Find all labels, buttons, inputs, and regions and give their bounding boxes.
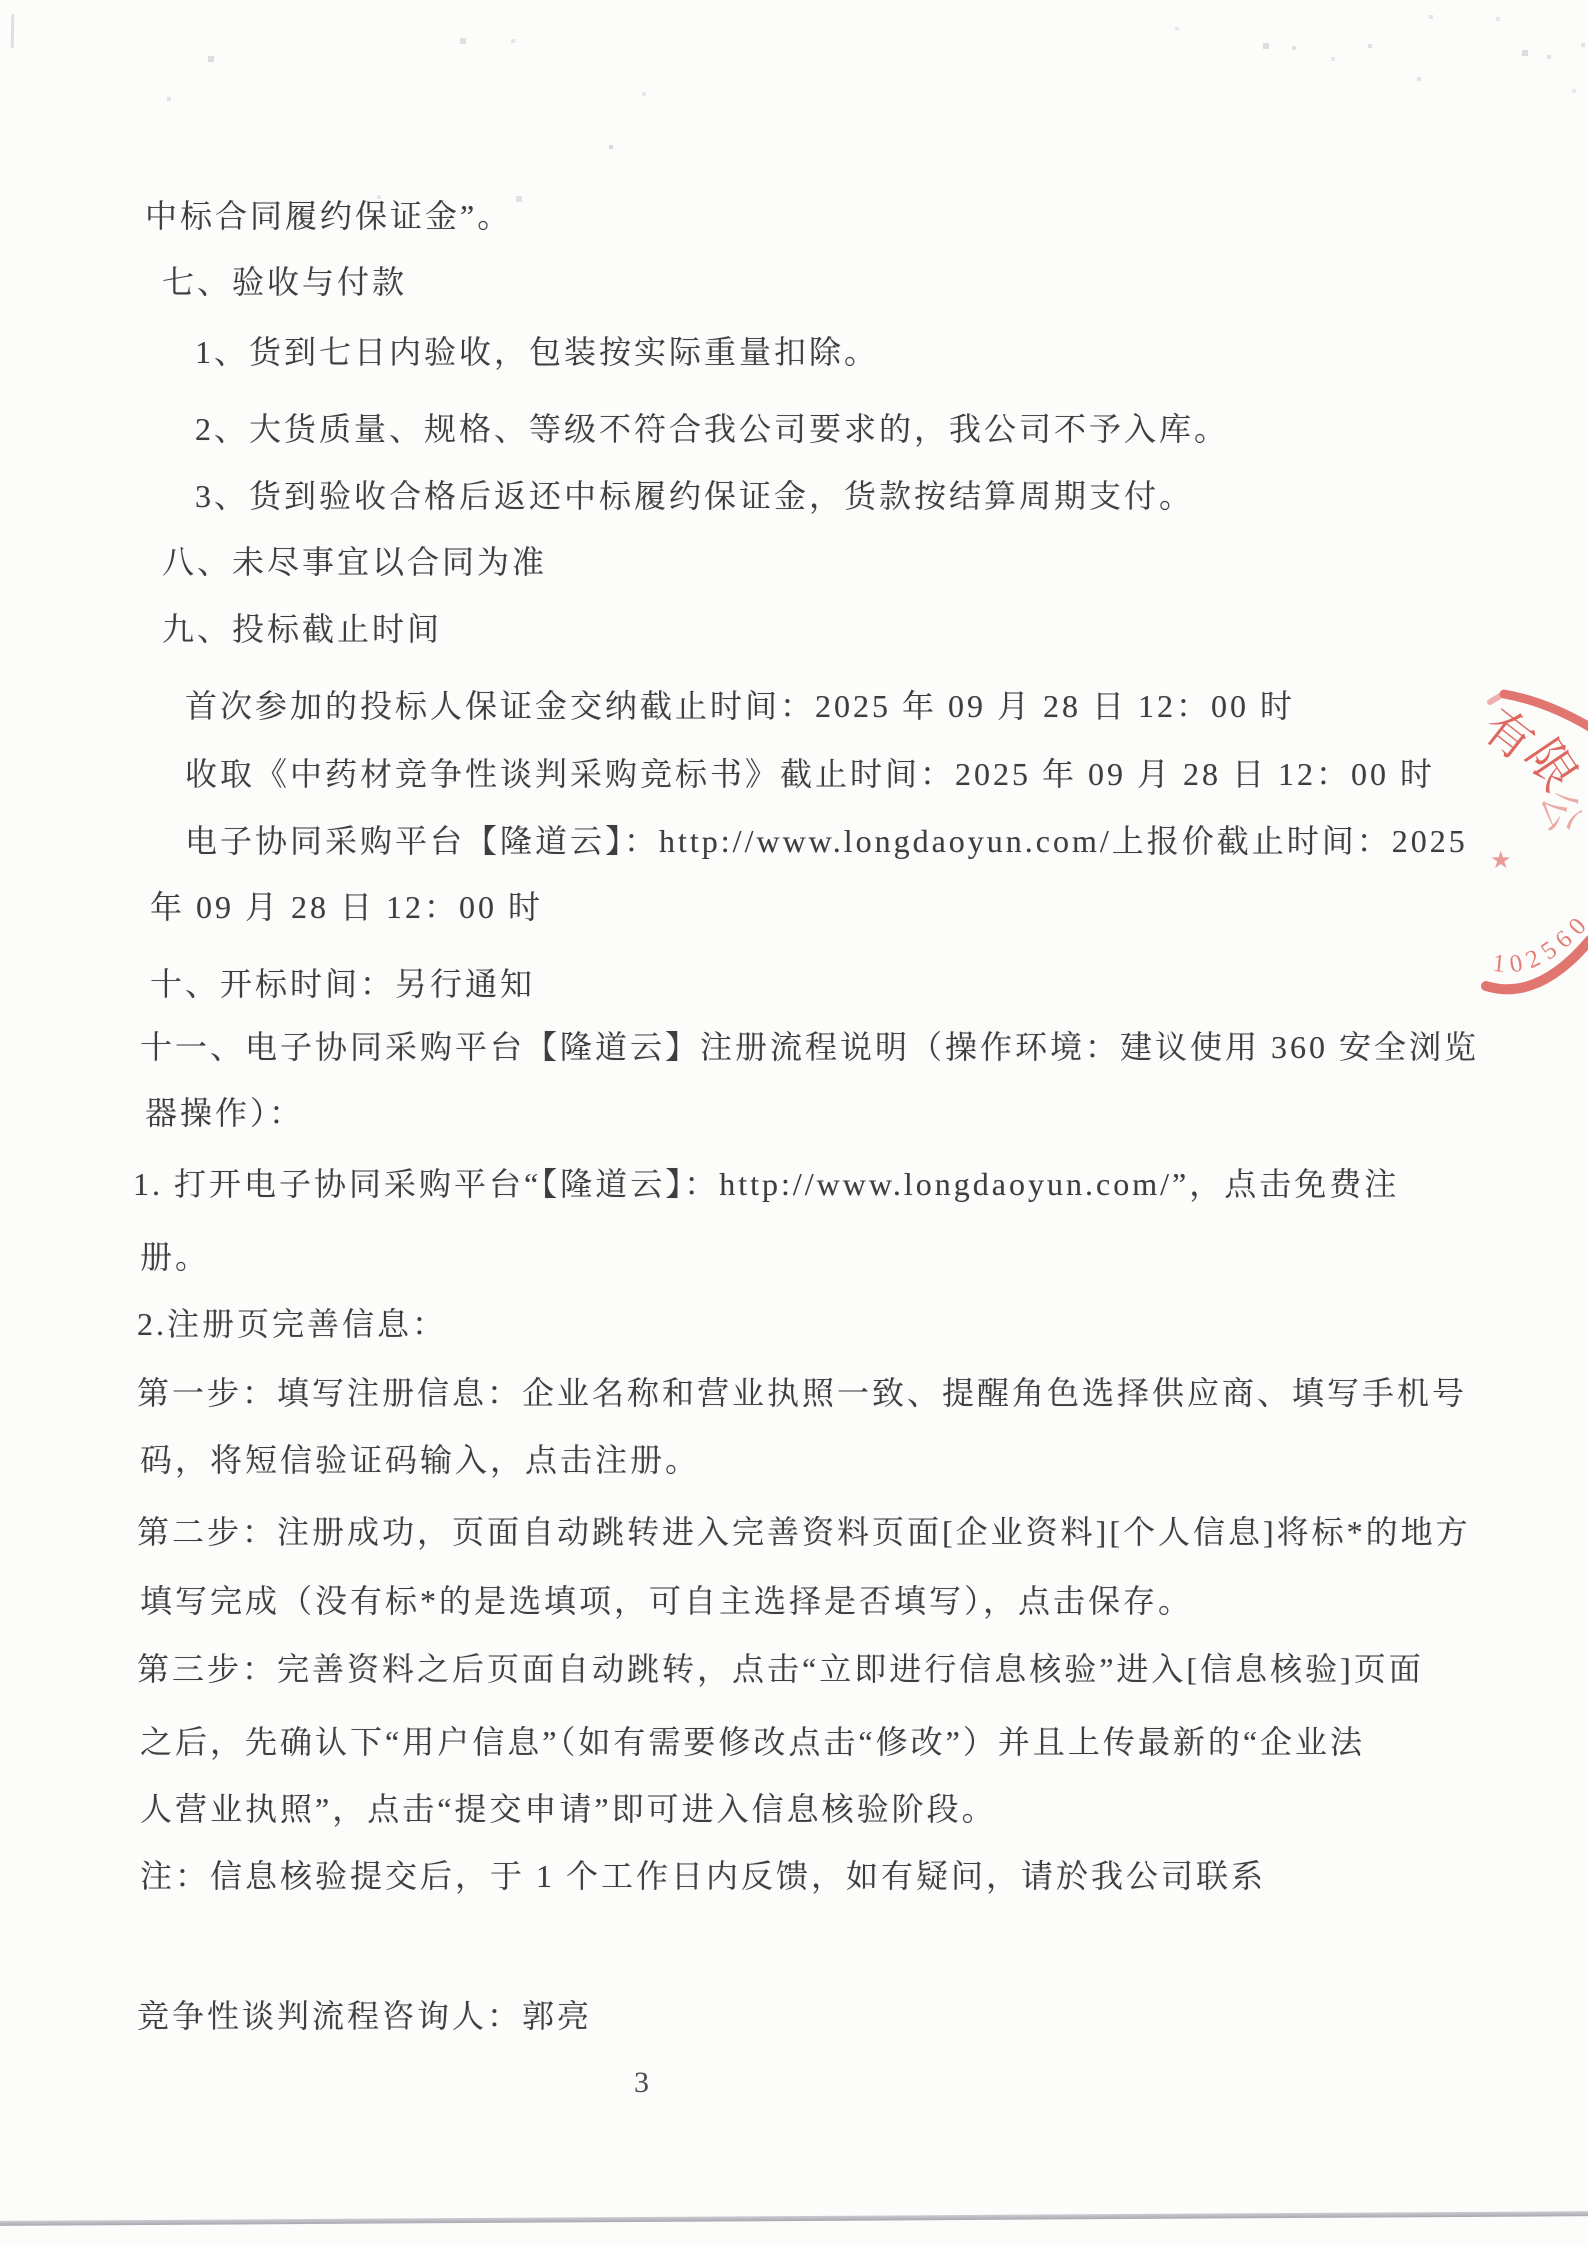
text-line: 2、大货质量、规格、等级不符合我公司要求的，我公司不予入库。 [195, 410, 1229, 448]
page-number: 3 [634, 2066, 649, 2100]
text-line: 九、投标截止时间 [162, 610, 442, 648]
text-line: 第三步：完善资料之后页面自动跳转，点击“立即进行信息核验”进入[信息核验]页面 [137, 1650, 1424, 1688]
text-line: 收取《中药材竞争性谈判采购竞标书》截止时间：2025 年 09 月 28 日 1… [185, 755, 1435, 793]
text-line: 中标合同履约保证金”。 [145, 197, 512, 235]
text-line: 1、货到七日内验收，包装按实际重量扣除。 [195, 333, 879, 371]
scan-artifact-mark [11, 14, 15, 48]
text-line: 器操作）： [145, 1094, 304, 1132]
scanned-document-page: 中标合同履约保证金”。七、验收与付款1、货到七日内验收，包装按实际重量扣除。2、… [0, 0, 1588, 2246]
seal-number: 102560 [1491, 908, 1588, 979]
text-line: 电子协同采购平台【隆道云】：http://www.longdaoyun.com/… [185, 822, 1468, 860]
text-line: 七、验收与付款 [162, 263, 407, 301]
text-line: 码，将短信验证码输入，点击注册。 [140, 1441, 700, 1479]
text-line: 年 09 月 28 日 12：00 时 [150, 888, 543, 926]
seal-graphic: 有 限 公 ★ 102560 [1450, 668, 1588, 1048]
text-line: 八、未尽事宜以合同为准 [162, 543, 547, 581]
text-line: 1. 打开电子协同采购平台“【隆道云】：http://www.longdaoyu… [133, 1165, 1399, 1203]
text-line: 第一步：填写注册信息：企业名称和营业执照一致、提醒角色选择供应商、填写手机号 [137, 1374, 1467, 1412]
text-line: 2.注册页完善信息： [137, 1305, 447, 1343]
company-seal-stamp: 有 限 公 ★ 102560 [1450, 668, 1588, 1048]
text-line: 人营业执照”，点击“提交申请”即可进入信息核验阶段。 [140, 1790, 997, 1828]
text-line: 十、开标时间：另行通知 [150, 965, 535, 1003]
text-line: 竞争性谈判流程咨询人：郭亮 [137, 1997, 592, 2035]
text-line: 册。 [140, 1238, 210, 1276]
text-line: 第二步：注册成功，页面自动跳转进入完善资料页面[企业资料][个人信息]将标*的地… [137, 1513, 1471, 1551]
scanner-noise-specks [0, 0, 2, 2]
text-line: 十一、电子协同采购平台【隆道云】注册流程说明（操作环境：建议使用 360 安全浏… [140, 1028, 1479, 1066]
seal-star-icon: ★ [1490, 848, 1512, 874]
text-line: 之后，先确认下“用户信息”（如有需要修改点击“修改”）并且上传最新的“企业法 [140, 1723, 1365, 1761]
text-line: 3、货到验收合格后返还中标履约保证金，货款按结算周期支付。 [195, 477, 1194, 515]
scan-edge-shadow [0, 2211, 1588, 2226]
text-line: 注：信息核验提交后，于 1 个工作日内反馈，如有疑问，请於我公司联系 [140, 1857, 1266, 1895]
text-line: 填写完成（没有标*的是选填项，可自主选择是否填写），点击保存。 [140, 1582, 1193, 1620]
text-line: 首次参加的投标人保证金交纳截止时间：2025 年 09 月 28 日 12：00… [185, 687, 1295, 725]
